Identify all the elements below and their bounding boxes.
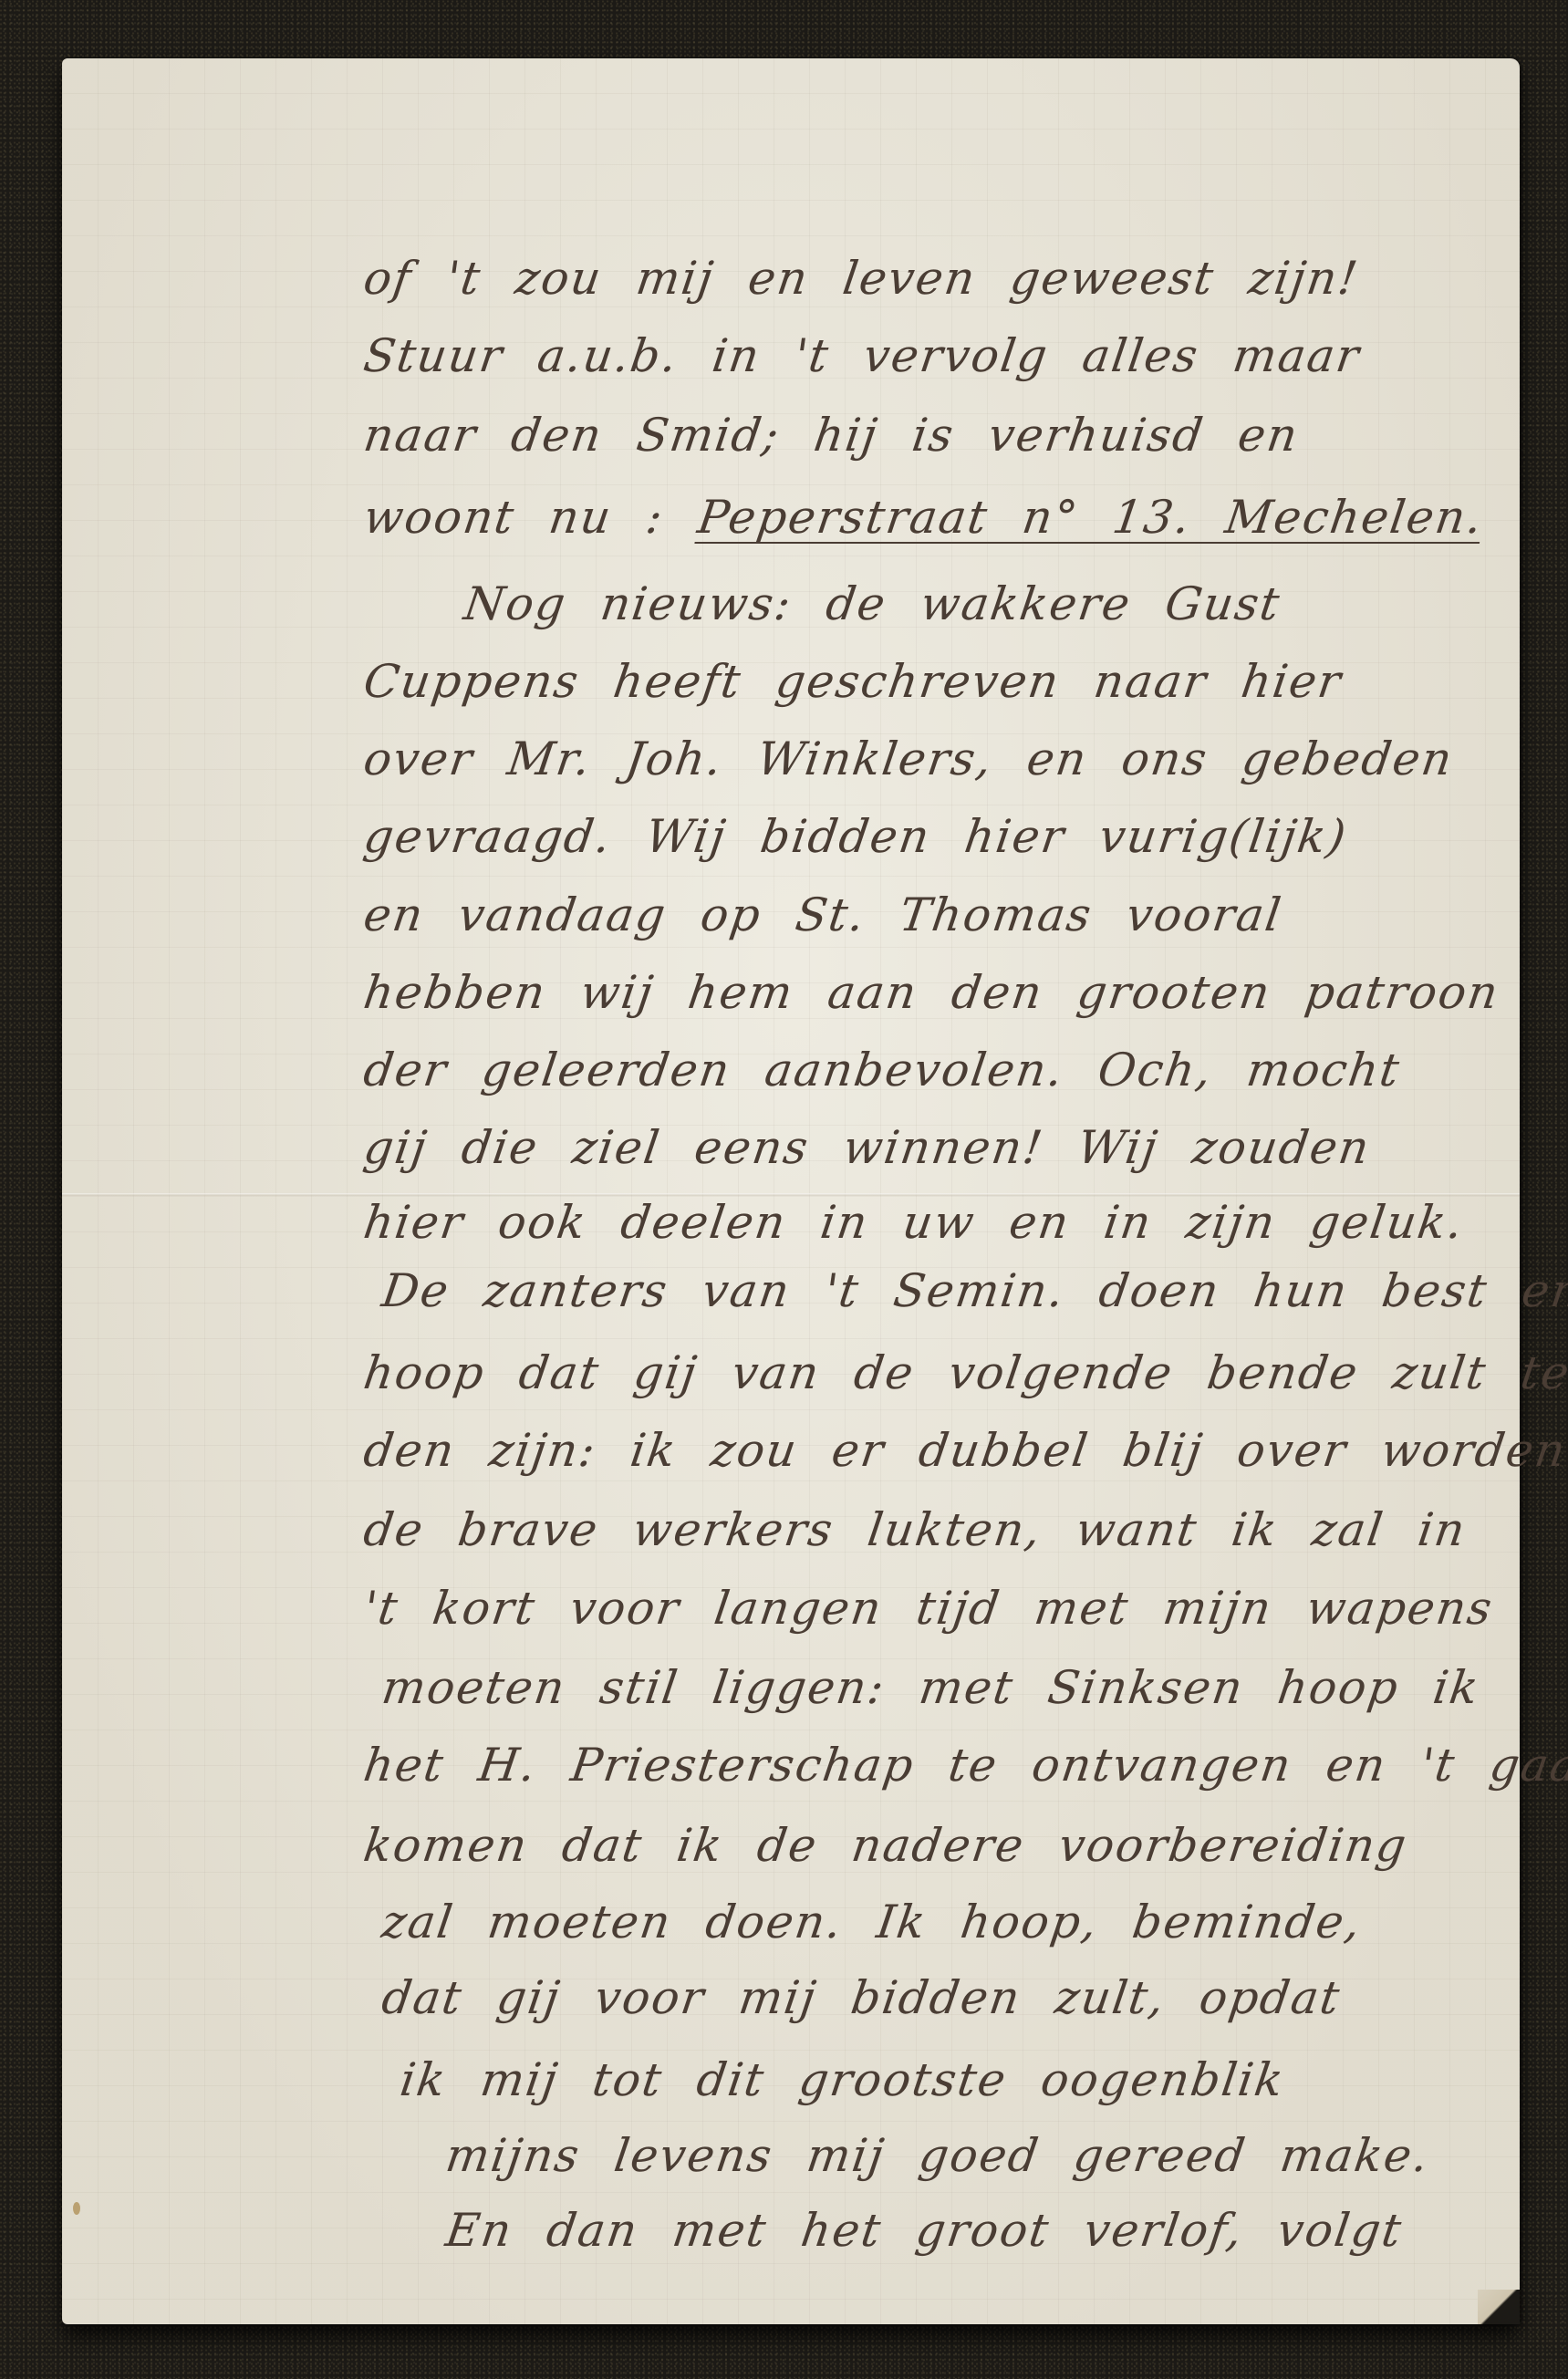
text-line-25: mijns levens mij goed gereed make. <box>442 2128 1433 2183</box>
text-line-12: gij die ziel eens winnen! Wij zouden <box>360 1120 1374 1175</box>
address-underlined: Peperstraat n° 13. Mechelen. <box>694 491 1487 544</box>
text-line-26: En dan met het groot verlof, volgt <box>442 2203 1407 2258</box>
text-line-11: der geleerden aanbevolen. Och, mocht <box>360 1043 1404 1097</box>
text-line-24: ik mij tot dit grootste oogenblik <box>397 2052 1288 2107</box>
text-line-22: zal moeten doen. Ik hoop, beminde, <box>379 1895 1366 1949</box>
text-line-7: over Mr. Joh. Winklers, en ons gebeden <box>360 732 1457 786</box>
text-line-19: moeten stil liggen: met Sinksen hoop ik <box>379 1660 1483 1715</box>
text-line-6: Cuppens heeft geschreven naar hier <box>360 654 1345 709</box>
text-line-10: hebben wij hem aan den grooten patroon <box>360 965 1503 1020</box>
text-line-2: Stuur a.u.b. in 't vervolg alles maar <box>360 328 1364 383</box>
text-line-8: gevraagd. Wij bidden hier vurig(lijk) <box>360 809 1351 864</box>
text-line-13: hier ook deelen in uw en in zijn geluk. <box>360 1195 1468 1250</box>
text-line-14: De zanters van 't Semin. doen hun best e… <box>379 1263 1568 1318</box>
text-line-9: en vandaag op St. Thomas vooral <box>360 888 1286 942</box>
text-line-1: of 't zou mij en leven geweest zijn! <box>360 251 1363 306</box>
text-line-21: komen dat ik de nadere voorbereiding <box>360 1818 1411 1873</box>
text-line-18: 't kort voor langen tijd met mijn wapens <box>360 1581 1497 1636</box>
text-line-4: woont nu : Peperstraat n° 13. Mechelen. <box>360 490 1487 545</box>
text-line-5: Nog nieuws: de wakkere Gust <box>461 577 1284 631</box>
text-line-15: hoop dat gij van de volgende bende zult … <box>360 1345 1568 1400</box>
text-line-17: de brave werkers lukten, want ik zal in <box>360 1502 1469 1557</box>
text-line-16: den zijn: ik zou er dubbel blij over wor… <box>360 1423 1568 1478</box>
text-line-4-lead: woont nu : <box>360 491 667 544</box>
text-line-23: dat gij voor mij bidden zult, opdat <box>379 1970 1345 2025</box>
text-line-3: naar den Smid; hij is verhuisd en <box>360 408 1303 462</box>
paper-stain <box>73 2202 80 2215</box>
text-line-20: het H. Priesterschap te ontvangen en 't … <box>360 1738 1568 1792</box>
